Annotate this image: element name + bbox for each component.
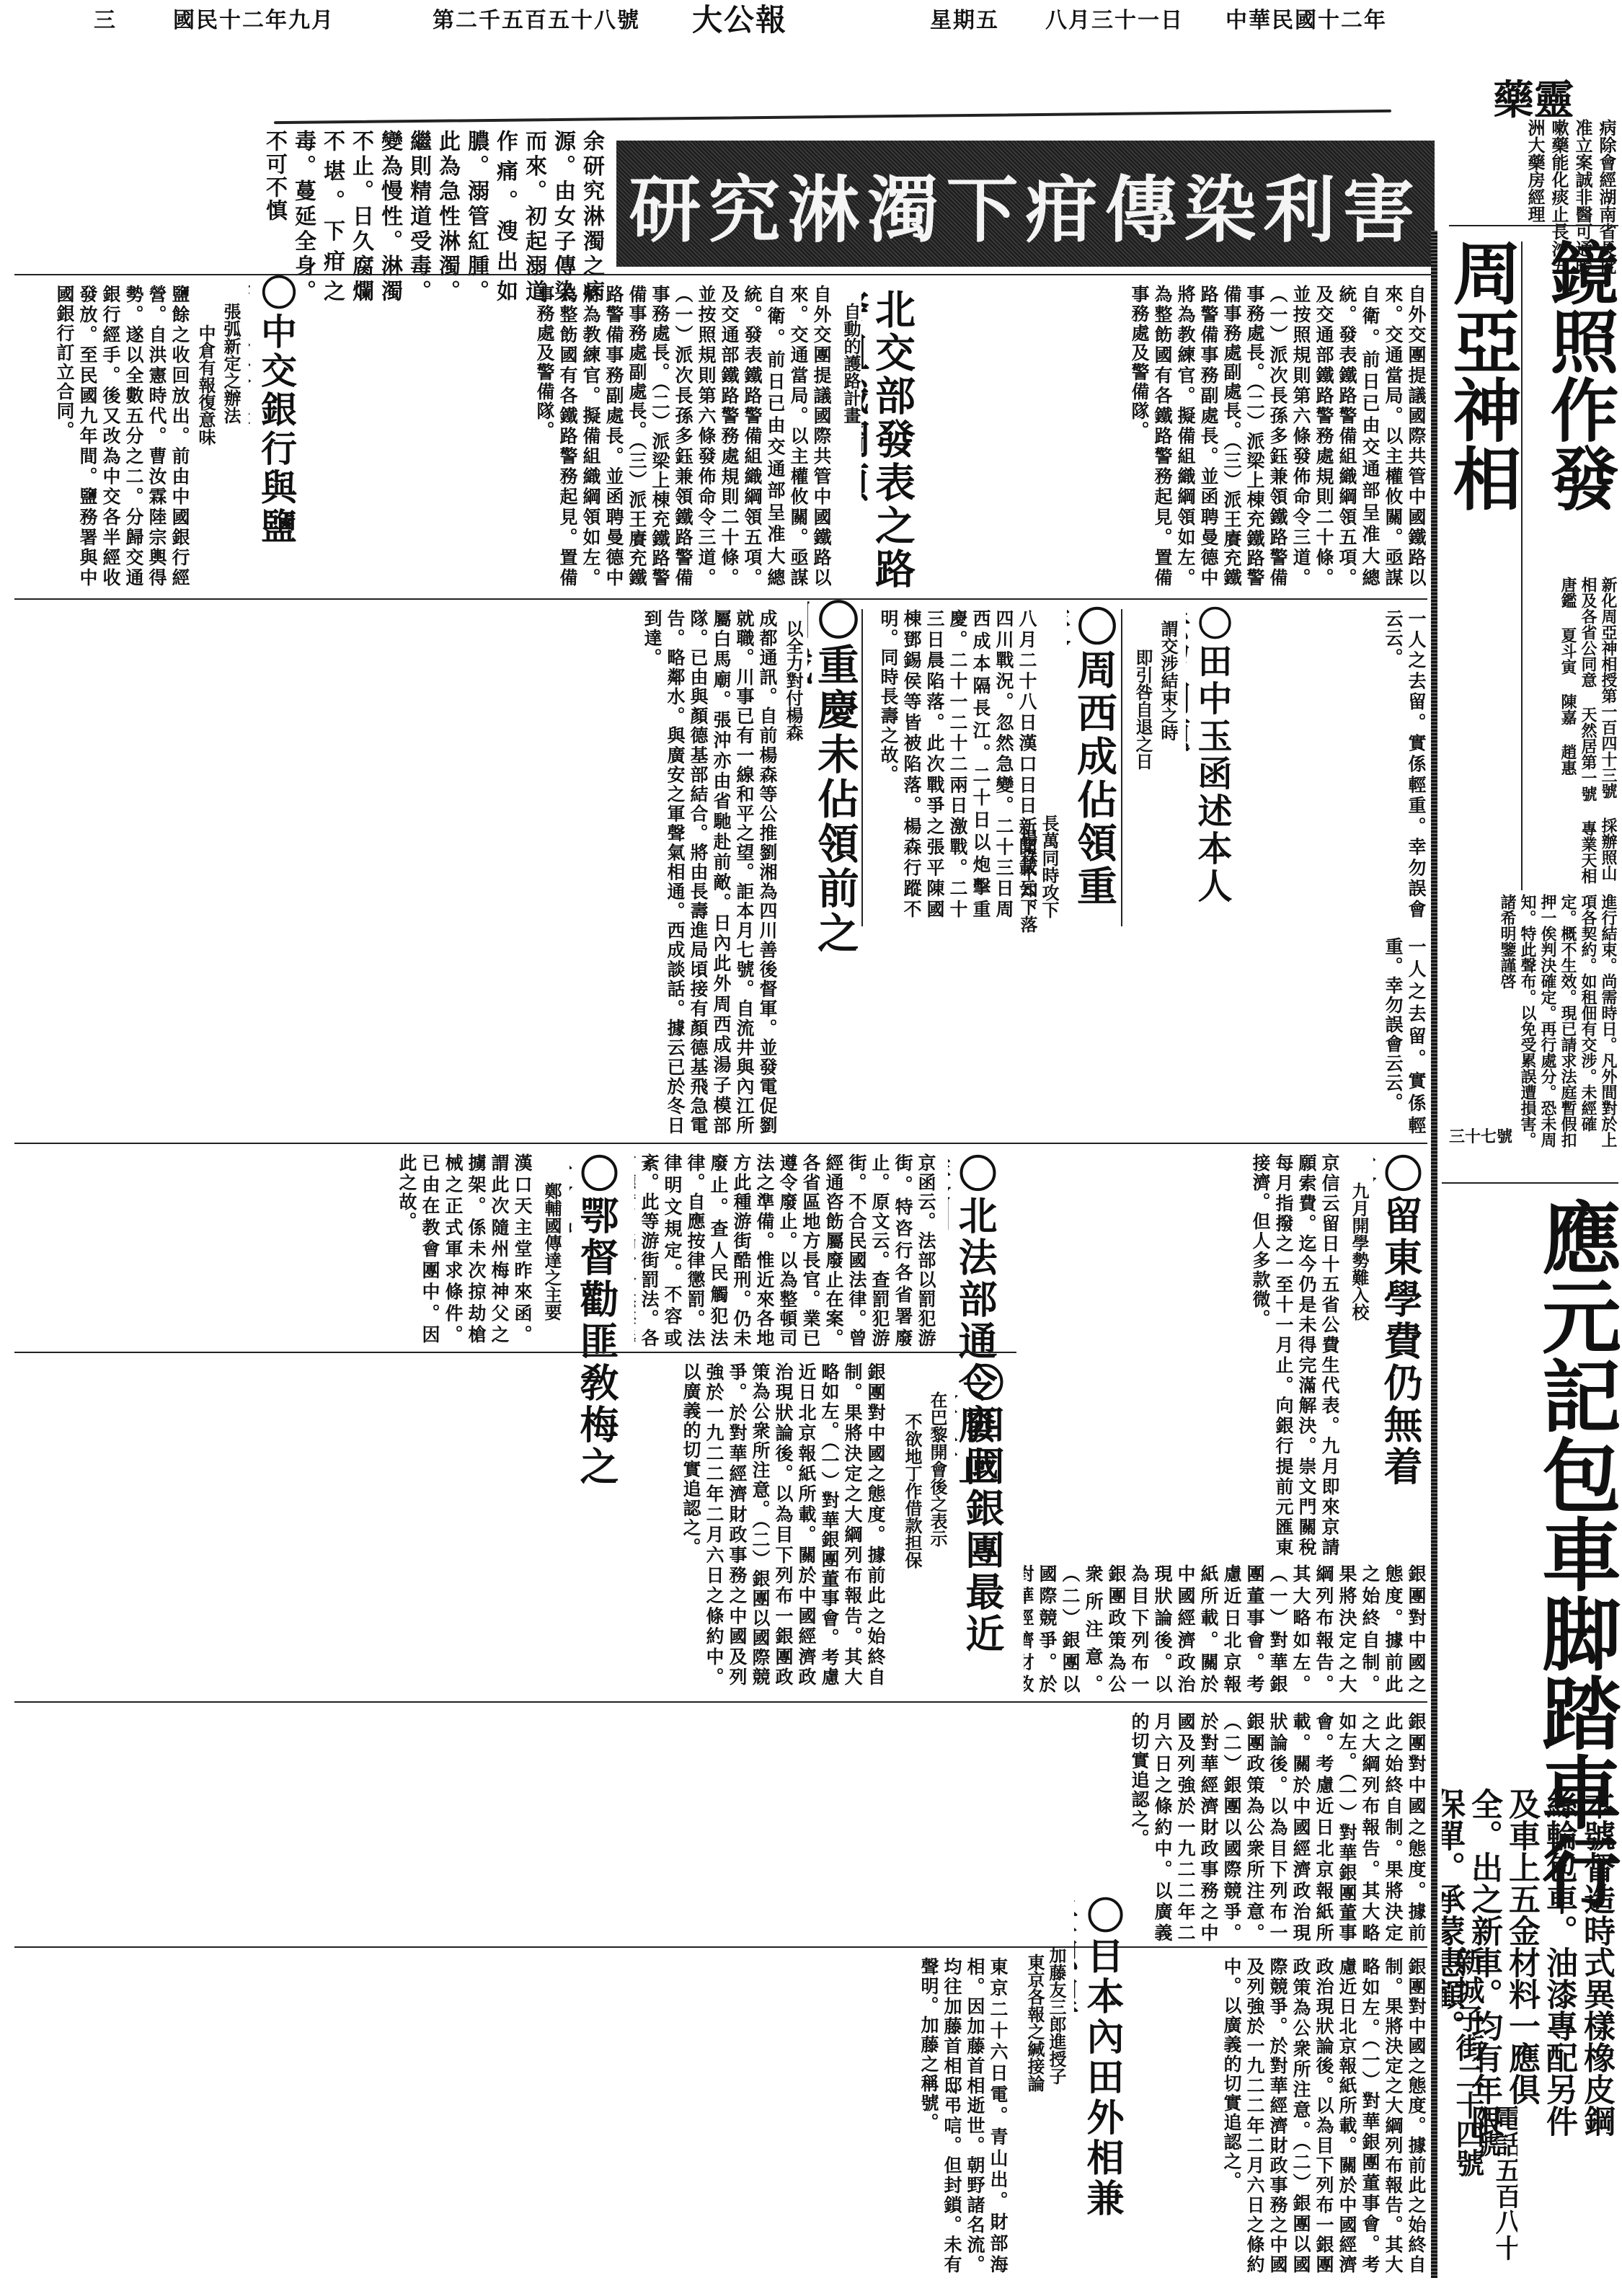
article-body: 鹽餘之收回放出。前由中國銀行經營。自洪憲時代。曹汝霖陸宗輿得勢。遂以全數五分之二…	[14, 285, 191, 588]
article-body-continued: 自外交團提議國際共管中國鐵路以來。交通當局。以主權攸關。亟謀自衛。前日已由交通部…	[317, 285, 833, 588]
masthead-year: 中華民國十二年	[1226, 2, 1387, 34]
divider	[14, 598, 1427, 600]
ad-column-border	[1431, 231, 1437, 2278]
article-body-continued: 銀團對中國之態度。據前此之始終自制。果將決定之大綱列布報告。其大略如左。（一）對…	[1024, 1564, 1427, 1694]
fortune-ad-title-a: 鏡照作發	[1528, 238, 1622, 577]
article-subhead: 不欲地丁作借款担保	[901, 1413, 923, 1600]
article-subhead: 張弧新定之辦法	[220, 303, 241, 476]
paper-name: 大公報	[692, 0, 787, 40]
article-body: 一人之去留。實係輕重。幸勿誤會云云。	[865, 937, 1427, 1135]
issue-number: 第二千五百五十八號	[433, 2, 640, 34]
article-subhead: 即引咎自退之日	[1132, 649, 1153, 793]
article-headline: 四國銀團最近之宣言	[955, 1362, 1006, 1694]
article-body-continued: 銀團對中國之態度。據前此之始終自制。果將決定之大綱列布報告。其大略如左。（一）對…	[14, 1712, 1427, 1943]
article-body: 成都通訊。自前楊森等公推劉湘為四川善後督軍。並發電促劉就職。川事已有一線和平之望…	[14, 609, 779, 1135]
article-headline: 日本內田外相兼任總理	[1074, 1896, 1125, 2235]
divider	[14, 1701, 1427, 1703]
article-body: 京函云。法部以罰犯游街。特咨行各省署廢止。原文云。查罰犯游街。不合民國法律。曾經…	[634, 1153, 937, 1348]
banner-ad-title: 研究淋濁下疳傳染利害	[616, 141, 1435, 267]
article-subhead: 中倉有報復意味	[195, 324, 216, 497]
article-subhead: 加藤友三郎進授子爵	[1045, 1946, 1067, 2091]
article-body: 銀團對中國之態度。據前此之始終自制。果將決定之大綱列布報告。其大略如左。（一）對…	[14, 1362, 887, 1687]
bicycle-ad-phone: 電話五百八十四號	[1481, 2105, 1517, 2285]
article-subhead: 東京各報之緘接論調	[1024, 1954, 1045, 2098]
page-number: 三	[94, 2, 117, 34]
masthead: 三 國民十二年九月 第二千五百五十八號 大公報 星期五 八月三十一日 中華民國十…	[0, 0, 1449, 36]
divider	[14, 274, 1435, 275]
notice-number: 三十七號	[1449, 1125, 1615, 1147]
masthead-date-roc: 國民十二年九月	[173, 2, 334, 34]
weekday: 星期五	[930, 2, 999, 34]
article-subhead: 自動的護路計畫	[840, 303, 861, 447]
article-subhead: 謂交涉結束之時	[1157, 620, 1179, 764]
notice-text: 進行結束。尚需時日。凡外間對於上項各契約。如租佃有交涉。未經確定。概不生效。現已…	[1442, 894, 1618, 1161]
article-subhead: 在巴黎開會後之表示	[926, 1391, 948, 1579]
article-body: 京信云留日十五省公費生代表。九月即來京請願索費。迄今仍是未得完滿解決。崇文門關稅…	[1024, 1153, 1341, 1557]
divider	[14, 1946, 1427, 1948]
article-body: 八月二十八日漢口日日新聞載云。四川戰況。忽然急變。二十三日周西成本隔長江。二十日…	[865, 609, 1038, 919]
article-headline: 周西成佔領重慶	[1067, 606, 1117, 916]
fortune-ad-title-b: 周亞神相	[1442, 238, 1521, 577]
divider	[1449, 225, 1618, 226]
divider	[14, 1143, 1427, 1144]
article-subhead: 長萬同時攻下	[1038, 815, 1060, 923]
divider	[1121, 609, 1122, 926]
article-subhead: 以全力對付楊森	[782, 620, 804, 764]
article-headline: 留東學費仍無着落	[1373, 1153, 1424, 1499]
article-headline: 北交部發表之路警組織綱領	[861, 288, 916, 591]
divider	[1442, 1182, 1618, 1184]
divider	[14, 1352, 1016, 1353]
divider	[861, 609, 863, 926]
masthead-rule	[274, 110, 1391, 124]
article-body: 東京二十六日電。青山出。財部海相。因加藤首相逝世。朝野諸名流。均往加藤首相邸弔唁…	[14, 1957, 1009, 2274]
article-body: 自外交團提議國際共管中國鐵路以來。交通當局。以主權攸關。亟謀自衛。前日已由交通部…	[923, 285, 1427, 588]
article-body: 漢口天主堂昨來函。謂此次隨州梅神父之擄架。係未次掠劫槍械之正式軍求條件。已由在教…	[14, 1153, 533, 1344]
bicycle-ad-address: 新城子街二十四號	[1442, 1946, 1485, 2264]
article-headline: 重慶未佔領前之川戰	[807, 598, 858, 959]
masthead-date: 八月三十一日	[1045, 2, 1184, 34]
article-headline: 田中玉函述本人去留問題	[1186, 606, 1233, 916]
article-body-continued: 銀團對中國之態度。據前此之始終自制。果將決定之大綱列布報告。其大略如左。（一）對…	[1197, 1957, 1427, 2274]
article-subhead: 九月開學勢難入校	[1348, 1182, 1370, 1326]
article-body: 一人之去留。實係輕重。幸勿誤會云云。	[1240, 609, 1427, 919]
article-subhead: 鄭輔國傳達之主要	[541, 1182, 562, 1326]
banner-ad-body: 余研究淋濁之病源。由女子傳染而來。初起溺道作痛。溲出如膿。溺管紅腫。此為急性淋濁…	[14, 130, 606, 303]
article-headline: 中交銀行與鹽餘絕緣矣	[249, 274, 299, 577]
fortune-ad-details: 新化周亞神相授第一百四十三號 採辦照山相及各省公同意 天然居第一號 專業天相 唐…	[1442, 577, 1618, 887]
